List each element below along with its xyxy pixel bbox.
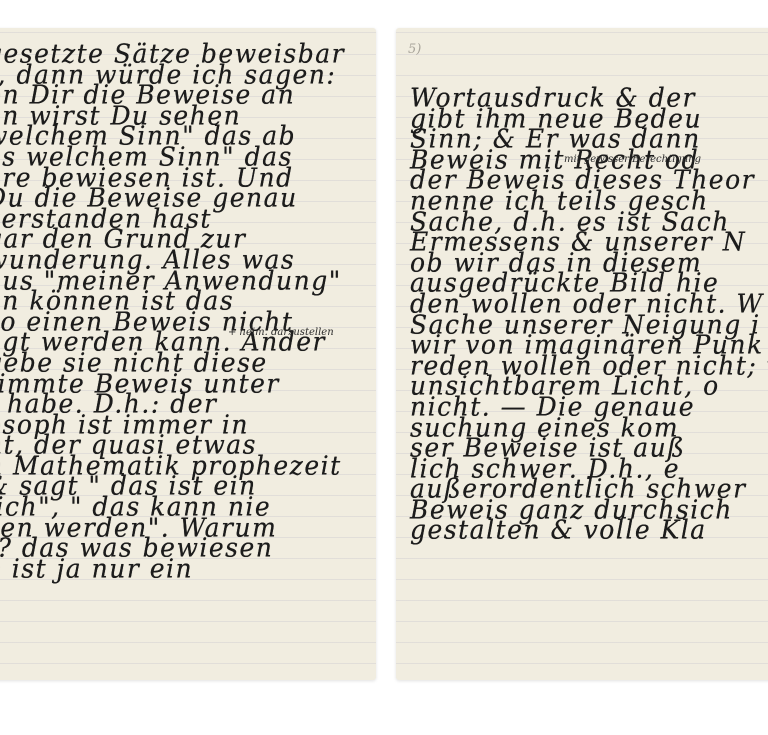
manuscript-page-left: gesetzte Sätze beweisbar t, dann würde i…: [0, 28, 376, 680]
interlinear-insertion: + heim. darzustellen: [228, 327, 334, 338]
handwritten-text-left: gesetzte Sätze beweisbar t, dann würde i…: [0, 44, 376, 579]
interlinear-insertion: mit gewisser Berechtigung: [564, 154, 701, 165]
text-line: e ist ja nur ein: [0, 558, 376, 580]
text-line: gestalten & volle Kla: [396, 520, 768, 542]
manuscript-page-right: 5) Wortausdruck & der gibt ihm neue Bede…: [396, 28, 768, 680]
page-number: 5): [408, 42, 421, 57]
